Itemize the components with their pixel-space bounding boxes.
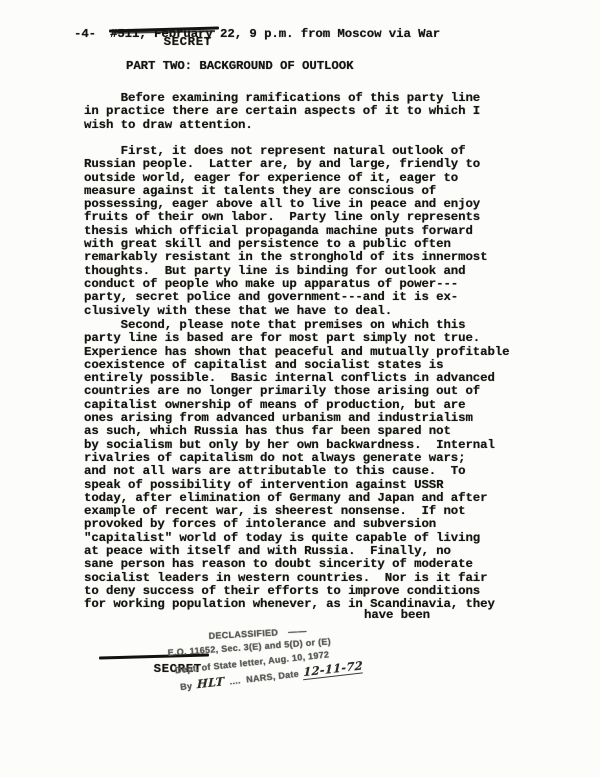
stamp-dash: —— — [288, 626, 307, 637]
stamp-signature-initials: HLT — [197, 674, 225, 691]
stamp-handwritten-date: 12-11-72 — [304, 658, 364, 680]
declassification-stamp: DECLASSIFIED —— E.O. 11652, Sec. 3(E) an… — [166, 618, 419, 689]
telegram-reference: #511, February 22, 9 p.m. from Moscow vi… — [110, 28, 440, 41]
body-paragraph-3: Second, please note that premises on whi… — [84, 319, 509, 612]
classification-marking-top: SECRET — [86, 9, 212, 102]
page-number: -4- — [74, 28, 96, 41]
part-two-heading: PART TWO: BACKGROUND OF OUTLOOK — [126, 60, 353, 73]
stamp-nars-date-label: .... NARS, Date — [229, 669, 299, 687]
body-paragraph-1: Before examining ramifications of this p… — [84, 92, 480, 132]
body-paragraph-2: First, it does not represent natural out… — [84, 145, 487, 318]
telegram-header: -4- #511, February 22, 9 p.m. from Mosco… — [74, 28, 440, 41]
stamp-by-label: By — [180, 681, 193, 692]
stamp-declassified-label: DECLASSIFIED — [208, 627, 278, 641]
document-page: SECRET -4- #511, February 22, 9 p.m. fro… — [0, 0, 600, 777]
